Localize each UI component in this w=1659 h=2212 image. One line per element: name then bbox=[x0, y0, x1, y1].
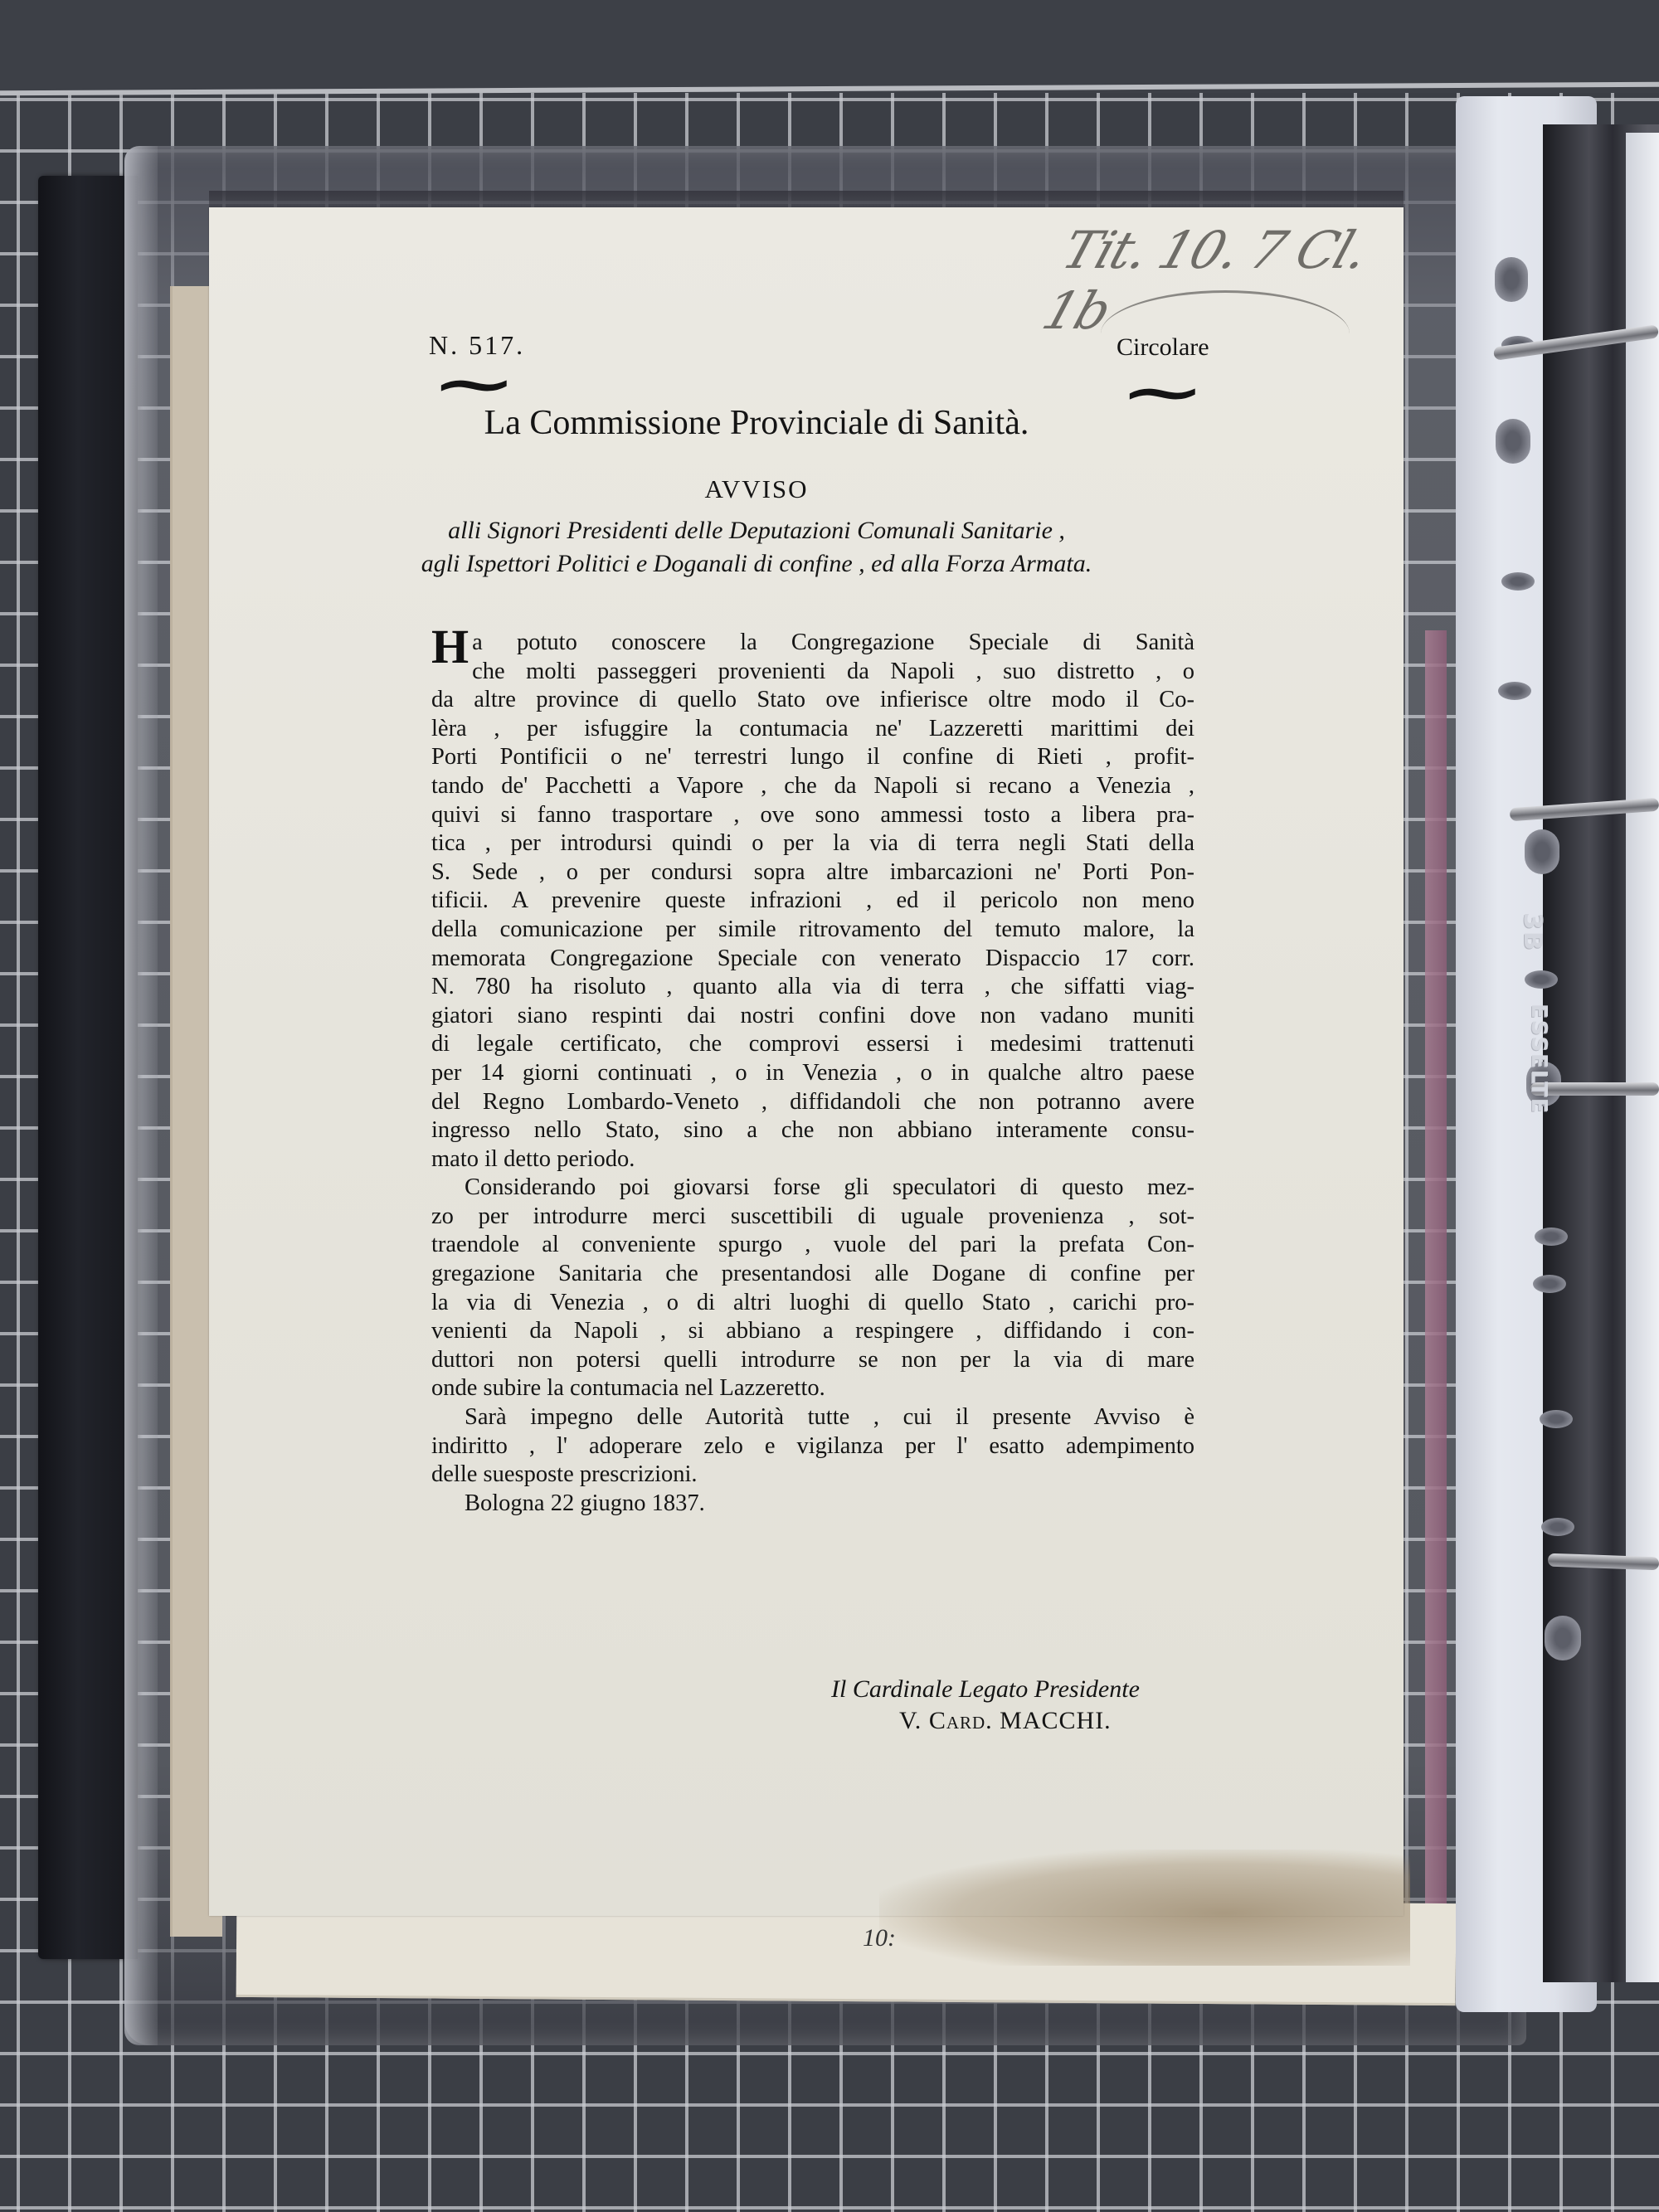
text-line: Porti Pontificii o ne' terrestri lungo i… bbox=[431, 743, 1194, 772]
text-line: traendole al conveniente spurgo , vuole … bbox=[431, 1231, 1194, 1260]
text-line: indiritto , l' adoperare zelo e vigilanz… bbox=[431, 1432, 1194, 1461]
signature-card: Card. bbox=[929, 1707, 993, 1734]
text-line: ingresso nello Stato, sino a che non abb… bbox=[431, 1116, 1194, 1145]
binder-black-cover bbox=[38, 176, 138, 1959]
punch-hole bbox=[1533, 1275, 1566, 1293]
punch-hole bbox=[1535, 1228, 1568, 1246]
text-line: per 14 giorni continuati , o in Venezia … bbox=[431, 1059, 1194, 1088]
text-line: Sarà impegno delle Autorità tutte , cui … bbox=[431, 1403, 1194, 1432]
text-line: N. 780 ha risoluto , quanto alla via di … bbox=[431, 973, 1194, 1002]
signature-name-line: V. Card. MACCHI. bbox=[899, 1707, 1112, 1735]
addressee-line: agli Ispettori Politici e Doganali di co… bbox=[159, 547, 1354, 581]
text-line: della comunicazione per simile ritrovame… bbox=[431, 916, 1194, 945]
punch-hole bbox=[1496, 419, 1530, 464]
text-line: tica , per introdursi quindi o per la vi… bbox=[431, 829, 1194, 858]
punch-hole bbox=[1525, 829, 1559, 874]
punch-hole bbox=[1540, 1410, 1573, 1428]
text-line: di legale certificato, che comprovi esse… bbox=[431, 1030, 1194, 1059]
text-line: a potuto conoscere la Congregazione Spec… bbox=[431, 629, 1194, 658]
text-line: Considerando poi giovarsi forse gli spec… bbox=[431, 1174, 1194, 1203]
signature-name: MACCHI. bbox=[1000, 1707, 1112, 1734]
binder-right-strip bbox=[1626, 133, 1659, 1982]
punch-hole bbox=[1498, 682, 1531, 700]
text-line: mato il detto periodo. bbox=[431, 1145, 1194, 1174]
body-text: H a potuto conoscere la Congregazione Sp… bbox=[431, 629, 1194, 1518]
paragraph-2: Considerando poi giovarsi forse gli spec… bbox=[431, 1174, 1194, 1403]
signature-prefix: V. bbox=[899, 1707, 922, 1734]
ornament-icon: ~ bbox=[1119, 380, 1207, 405]
text-line: la via di Venezia , o di altri luoghi di… bbox=[431, 1289, 1194, 1318]
binder-embossed-text: ESSELTE bbox=[1526, 1004, 1551, 1115]
text-line: giatori siano respinti dai nostri confin… bbox=[431, 1002, 1194, 1031]
punch-hole bbox=[1525, 970, 1558, 989]
text-line: memorata Congregazione Speciale con vene… bbox=[431, 945, 1194, 974]
text-line: S. Sede , o per condursi sopra altre imb… bbox=[431, 858, 1194, 887]
issuer-title: La Commissione Provinciale di Sanità. bbox=[159, 403, 1354, 443]
text-line: che molti passeggeri provenienti da Napo… bbox=[431, 658, 1194, 687]
sleeve-left-edge bbox=[124, 146, 158, 2045]
binder-embossed-text: 3B bbox=[1518, 912, 1547, 952]
punch-hole bbox=[1501, 572, 1535, 591]
page-mark: 10: bbox=[863, 1924, 896, 1952]
drop-cap: H bbox=[431, 630, 469, 664]
pink-page-edge bbox=[1425, 630, 1447, 1924]
text-line: del Regno Lombardo-Veneto , diffidandoli… bbox=[431, 1088, 1194, 1117]
date-line: Bologna 22 giugno 1837. bbox=[431, 1490, 1194, 1519]
text-line: tificii. A prevenire queste infrazioni ,… bbox=[431, 887, 1194, 916]
ornament-icon: ~ bbox=[431, 372, 518, 396]
text-line: duttori non potersi quelli introdurre se… bbox=[431, 1346, 1194, 1375]
addressee-line: alli Signori Presidenti delle Deputazion… bbox=[159, 514, 1354, 547]
text-line: delle suesposte prescrizioni. bbox=[431, 1461, 1194, 1490]
text-line: lèra , per isfuggire la contumacia ne' L… bbox=[431, 715, 1194, 744]
punch-hole bbox=[1495, 257, 1528, 302]
text-line: gregazione Sanitaria che presentandosi a… bbox=[431, 1260, 1194, 1289]
text-line: zo per introdurre merci suscettibili di … bbox=[431, 1203, 1194, 1232]
addressee-block: alli Signori Presidenti delle Deputazion… bbox=[159, 514, 1354, 581]
punch-hole bbox=[1541, 1518, 1574, 1536]
paragraph-3: Sarà impegno delle Autorità tutte , cui … bbox=[431, 1403, 1194, 1490]
text-line: da altre province di quello Stato ove in… bbox=[431, 686, 1194, 715]
signature-title: Il Cardinale Legato Presidente bbox=[831, 1675, 1140, 1704]
punch-hole bbox=[1545, 1616, 1581, 1660]
text-line: venienti da Napoli , si abbiano a respin… bbox=[431, 1317, 1194, 1346]
mat-top-area bbox=[0, 0, 1659, 93]
text-line: onde subire la contumacia nel Lazzeretto… bbox=[431, 1374, 1194, 1403]
text-line: tando de' Pacchetti a Vapore , che da Na… bbox=[431, 772, 1194, 801]
text-line: quivi si fanno trasportare , ove sono am… bbox=[431, 801, 1194, 830]
notice-heading: AVVISO bbox=[159, 474, 1354, 504]
document: Tit. 10. 7 Cl. 1b N. 517. ~ Circolare ~ … bbox=[209, 207, 1404, 1916]
paragraph-1: H a potuto conoscere la Congregazione Sp… bbox=[431, 629, 1194, 1174]
